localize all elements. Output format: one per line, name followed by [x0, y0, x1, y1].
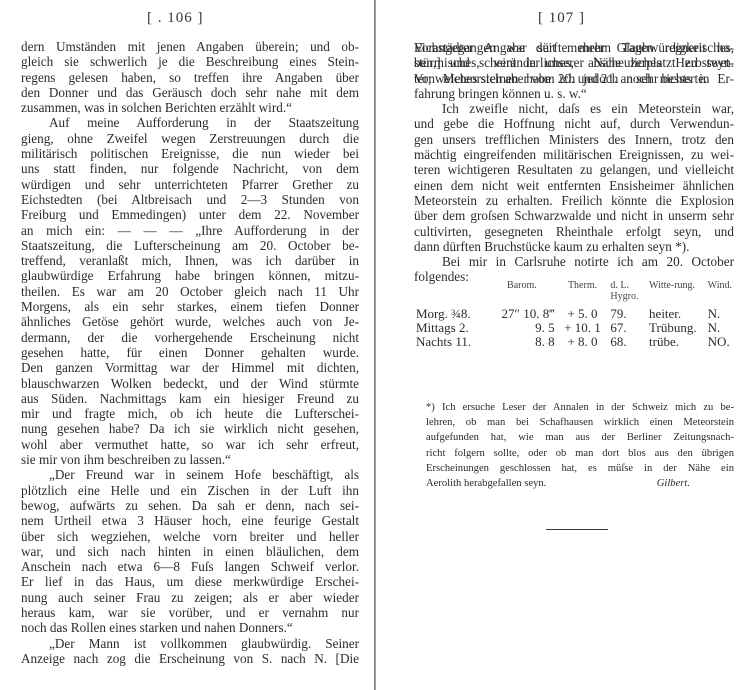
text-line: „Der Freund war in seinem Hofe beschäfti…	[21, 467, 359, 482]
text-line: theilen. Es war am 20 October gleich nac…	[21, 284, 359, 299]
text-line: und gebe die Hoffnung nicht auf, durch V…	[414, 116, 734, 131]
text-line: militärisch politischen Ereignisse, die …	[21, 146, 359, 161]
text-line: Auf meine Aufforderung in der Staatszeit…	[21, 115, 359, 130]
left-body-text: dern Umständen mit jenen Angaben überein…	[21, 39, 359, 666]
text-line: war, und sich nach hinten in einen bläul…	[21, 544, 359, 559]
cell-thermometer: + 8. 0	[557, 335, 609, 349]
footnote-line: richt folgern sollte, oder ob man dort b…	[426, 446, 734, 461]
column-header: Wind.	[706, 280, 734, 307]
cell-time: Morg. ¾8.	[414, 307, 487, 321]
footnote-line: lehren, ob man bei Schafhausen wirklich …	[426, 415, 734, 430]
text-line: dern Umständen mit jenen Angaben überein…	[21, 39, 359, 54]
text-line: Ich zweifle nicht, daſs es ein Meteorste…	[414, 101, 734, 116]
text-line: glaubwürdige Erfahrung habe bringen könn…	[21, 268, 359, 283]
text-line: regens gelesen haben, so treffen ihre An…	[21, 70, 359, 85]
table-row: Nachts 11. 8. 8 + 8. 0 68. trübe. NO.	[414, 335, 734, 349]
text-line: zusammen, was in solchen Berichten erzäh…	[21, 100, 359, 115]
text-line: blauschwarzen Wolken bedeckt, und der Wi…	[21, 376, 359, 391]
column-header: d. L. Hygro.	[608, 280, 647, 307]
cell-hygrometer: 79.	[608, 307, 647, 321]
footnote: *) Ich ersuche Leser der Annalen in der …	[426, 400, 734, 491]
text-line: Freiburg und Emmedingen) unter dem 22. N…	[21, 207, 359, 222]
page-number: [ . 106 ]	[147, 10, 204, 27]
text-line: gesehen hatte, für einen Donner gehalten…	[21, 345, 359, 360]
text-line: Er lief in das Haus, um diese merkwürdig…	[21, 574, 359, 589]
text-line: treffend, veranlaßt mich, Ihnen, was ich…	[21, 253, 359, 268]
footnote-line: Aerolith herabgefallen seyn. Gilbert.	[426, 476, 734, 491]
text-line: einen dem nicht weit entfernten Ensishei…	[414, 178, 734, 193]
text-line: Vorangegangen war seit mehrern Tagen reg…	[414, 40, 734, 55]
text-line: heraus kam, war sie vorüber, und er vern…	[21, 605, 359, 620]
footnote-line: Erscheinungen geschlossen hat, es müſse …	[426, 461, 734, 476]
text-line: gen unsers trefflichen Ministers des Inn…	[414, 132, 734, 147]
text-line: teren wichtigeren Resultaten zu gelangen…	[414, 162, 734, 177]
text-line: bewog, aufwärts zu sehen. Da sah er denn…	[21, 498, 359, 513]
column-header: Witte-rung.	[647, 280, 706, 307]
cell-barometer: 8. 8	[487, 335, 556, 349]
cell-thermometer: + 10. 1	[557, 321, 609, 335]
text-line: aus Süden. Nachmittags kam ein hiesiger …	[21, 391, 359, 406]
text-line: Den ganzen Vormittag war der Himmel mit …	[21, 360, 359, 375]
text-line: uns statt finden, nur folgende Nachricht…	[21, 161, 359, 176]
column-header: Therm.	[557, 280, 609, 307]
cell-weather: heiter.	[647, 307, 706, 321]
cell-wind: N.	[706, 307, 734, 321]
cell-hygrometer: 67.	[608, 321, 647, 335]
page-number: [ 107 ]	[538, 10, 585, 27]
text-line: gieng, ohne Zweifel wegen Zerstreuungen …	[21, 131, 359, 146]
cell-wind: NO.	[706, 335, 734, 349]
text-line: Eichstedten (bei Altbreisach und 2—3 Stu…	[21, 192, 359, 207]
text-line: stürmisches, veränderliches, abscheulich…	[414, 55, 734, 70]
text-line: würdigen und sehr unterrichteten Pfarrer…	[21, 177, 359, 192]
text-line: mächtig eingreifenden militärischen Erei…	[414, 147, 734, 162]
footnote-line: *) Ich ersuche Leser der Annalen in der …	[426, 400, 734, 415]
footnote-last-text: Aerolith herabgefallen seyn.	[426, 478, 546, 489]
column-header	[414, 280, 487, 307]
text-line: über dem groſsen Schwarzwalde und nicht …	[414, 208, 734, 223]
text-line: nung auch seiner Frau zu zeigen; als er …	[21, 590, 359, 605]
weather-table: Barom. Therm. d. L. Hygro. Witte-rung. W…	[414, 280, 734, 349]
text-line: ähnliches Getöse gehört wurde, welches a…	[21, 314, 359, 329]
cell-time: Nachts 11.	[414, 335, 487, 349]
text-line: mir und fragte mich, ob ich heute die Lu…	[21, 406, 359, 421]
text-line: cultivirten, gesegneten Rheinthale erfol…	[414, 224, 734, 239]
cell-time: Mittags 2.	[414, 321, 487, 335]
table-row: Mittags 2. 9. 5 + 10. 1 67. Trübung. N.	[414, 321, 734, 335]
text-line: Anschein nach etwa 6—8 Fuſs langen Schwe…	[21, 559, 359, 574]
text-line: wohl aber vermuthet hatte, so war ich se…	[21, 437, 359, 452]
left-page: [ . 106 ] dern Umständen mit jenen Angab…	[0, 0, 375, 690]
text-line: Anzeige nach zog die Erscheinung von S. …	[21, 651, 359, 666]
text-line: nem Urtheil etwa 3 Häuser hoch, eine feu…	[21, 513, 359, 528]
cell-weather: Trübung.	[647, 321, 706, 335]
cell-thermometer: + 5. 0	[557, 307, 609, 321]
text-line: dann dürften Bruchstücke kaum zu erhalte…	[414, 239, 734, 254]
cell-hygrometer: 68.	[608, 335, 647, 349]
section-divider	[546, 529, 608, 530]
cell-weather: trübe.	[647, 335, 706, 349]
text-line: Meteorstein zu erhalten. Freilich könnte…	[414, 193, 734, 208]
text-line: plötzlich eine Helle und ein Zischen in …	[21, 483, 359, 498]
text-line: noch das Rollen eines starken und nahen …	[21, 620, 359, 635]
text-line: an mich ein: — — — „Ihre Aufforderung in…	[21, 223, 359, 238]
text-line: „Der Mann ist vollkommen glaubwürdig. Se…	[21, 636, 359, 651]
text-line: den Donner und das Geräusch doch sehr na…	[21, 85, 359, 100]
right-page: [ 107 ] Eichstädter Angabe dürfte mehr G…	[376, 0, 750, 690]
text-line: Bei mir in Carlsruhe notirte ich am 20. …	[414, 254, 734, 269]
footnote-line: aufgefunden hat, wie man aus der Berline…	[426, 430, 734, 445]
text-line: Staatszeitung, die Lufterscheinung am 20…	[21, 238, 359, 253]
cell-barometer: 27″ 10. 8‴	[487, 307, 556, 321]
right-body-text-continued: Vorangegangen war seit mehrern Tagen reg…	[414, 40, 734, 86]
text-line: sie mir von ihm beschreiben zu lassen.“	[21, 452, 359, 467]
column-header: Barom.	[487, 280, 556, 307]
cell-wind: N.	[706, 321, 734, 335]
text-line: dermann, der die vorhergehende Erscheinu…	[21, 330, 359, 345]
table-header-row: Barom. Therm. d. L. Hygro. Witte-rung. W…	[414, 280, 734, 307]
text-line: über sich wegziehen, welche vorn breiter…	[21, 529, 359, 544]
table-row: Morg. ¾8. 27″ 10. 8‴ + 5. 0 79. heiter. …	[414, 307, 734, 321]
footnote-signature: Gilbert.	[657, 476, 690, 491]
text-line: fahrung bringen können u. s. w.“	[414, 86, 734, 101]
text-line: Morgens, als ein sehr starkes, einem tie…	[21, 299, 359, 314]
text-line: ter; welches sich aber vom 20. und 21. a…	[414, 71, 734, 86]
cell-barometer: 9. 5	[487, 321, 556, 335]
text-line: nung gesehen habe? Da ich sie wirklich n…	[21, 421, 359, 436]
text-line: gleich sie schwerlich je die Beschreibun…	[21, 54, 359, 69]
